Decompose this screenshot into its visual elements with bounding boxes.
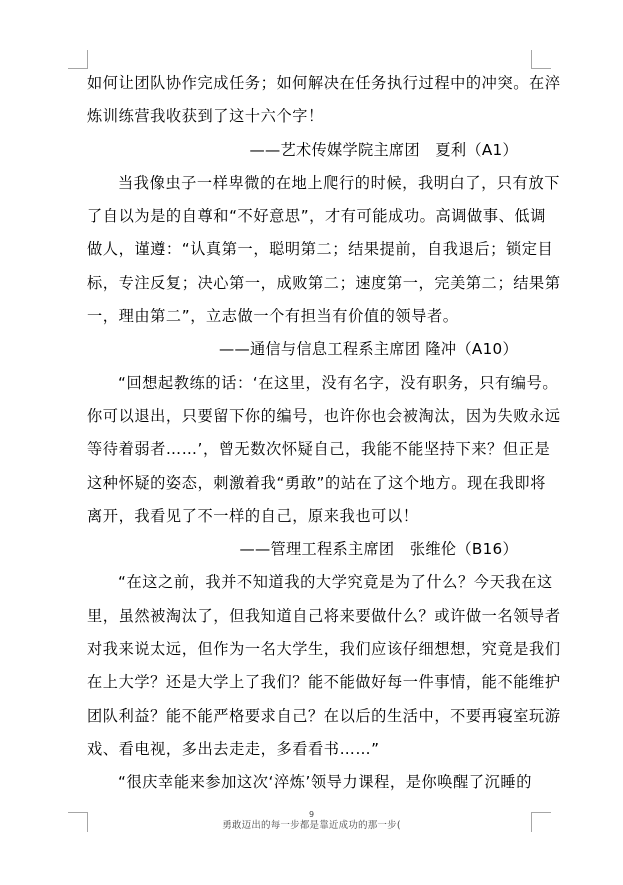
signature-line: ——通信与信息工程系主席团 隆冲（A10） [87,333,532,366]
text-line: 了自以为是的自尊和“不好意思”，才有可能成功。高调做事、低调 [87,200,532,233]
paragraph-start-line: “很庆幸能来参加这次‘淬炼’领导力课程，是你唤醒了沉睡的 [87,766,532,799]
signature-line: ——艺术传媒学院主席团 夏利（A1） [87,134,532,167]
document-body: 如何让团队协作完成任务；如何解决在任务执行过程中的冲突。在淬 炼训练营我收获到了… [87,67,532,800]
text-line: 你可以退出，只要留下你的编号，也许你也会被淘汰，因为失败永远 [87,400,532,433]
footer-text: 勇敢迈出的每一步都是靠近成功的那一步( [0,820,623,832]
text-line: 等待着弱者……’，曾无数次怀疑自己，我能不能坚持下来？但正是 [87,433,532,466]
paragraph-start-line: “在这之前，我并不知道我的大学究竟是为了什么？今天我在这 [87,566,532,599]
text-line: 戏、看电视，多出去走走，多看看书……” [87,733,532,766]
page-corner-mark-top-left [68,50,88,69]
text-line: 炼训练营我收获到了这十六个字！ [87,100,532,133]
text-line: 里，虽然被淘汰了，但我知道自己将来要做什么？或许做一名领导者 [87,600,532,633]
text-line: 标，专注反复；决心第一，成败第二；速度第一，完美第二；结果第 [87,267,532,300]
text-line: 如何让团队协作完成任务；如何解决在任务执行过程中的冲突。在淬 [87,67,532,100]
text-line: 对我来说太远，但作为一名大学生，我们应该仔细想想，究竟是我们 [87,633,532,666]
page-number: 9 [0,810,623,820]
text-line: 在上大学？还是大学上了我们？能不能做好每一件事情，能不能维护 [87,666,532,699]
text-line: 团队利益？能不能严格要求自己？在以后的生活中，不要再寝室玩游 [87,700,532,733]
paragraph-start-line: “回想起教练的话：‘在这里，没有名字，没有职务，只有编号。 [87,367,532,400]
text-line: 离开，我看见了不一样的自己，原来我也可以！ [87,500,532,533]
paragraph-start-line: 当我像虫子一样卑微的在地上爬行的时候，我明白了，只有放下 [87,167,532,200]
signature-line: ——管理工程系主席团 张维伦（B16） [87,533,532,566]
text-line: 这种怀疑的姿态，刺激着我“勇敢”的站在了这个地方。现在我即将 [87,467,532,500]
page-corner-mark-top-right [531,50,551,69]
text-line: 做人，谨遵：“认真第一，聪明第二；结果提前，自我退后；锁定目 [87,233,532,266]
text-line: 一，理由第二”，立志做一个有担当有价值的领导者。 [87,300,532,333]
